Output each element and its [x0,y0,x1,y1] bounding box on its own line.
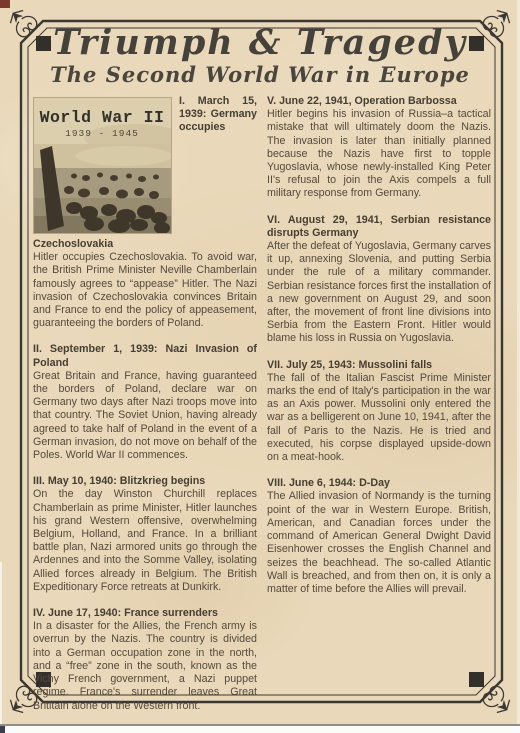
article-heading: IV. June 17, 1940: France surrenders [33,607,257,620]
article-heading: VII. July 25, 1943: Mussolini falls [267,359,491,372]
photo-title: World War II [40,108,165,127]
scan-edge-corner-mark [0,726,5,733]
article-france-surrenders: IV. June 17, 1940: France surrenders In … [33,607,257,713]
article-body: In a disaster for the Allies, the French… [33,620,257,712]
page-subtitle: The Second World War in Europe [0,63,520,86]
page-title: Triumph & Tragedy [0,24,520,62]
article-heading: II. September 1, 1939: Nazi Invasion of … [33,343,257,369]
article-body: After the defeat of Yugoslavia, Germany … [267,240,491,346]
article-blitzkrieg: III. May 10, 1940: Blitzkrieg begins On … [33,475,257,594]
scan-edge-left [0,562,2,724]
article-mussolini-falls: VII. July 25, 1943: Mussolini falls The … [267,359,491,465]
article-poland: II. September 1, 1939: Nazi Invasion of … [33,343,257,462]
scanned-document-page: Triumph & Tragedy The Second World War i… [0,0,520,733]
article-body: Hitler begins his invasion of Russia–a t… [267,108,491,200]
left-column: World War II 1939 - 1945 I. March 15, 19… [33,95,257,726]
article-columns: World War II 1939 - 1945 I. March 15, 19… [33,95,491,726]
scan-edge-bottom [0,724,520,733]
photo-years: 1939 - 1945 [65,128,139,139]
scan-edge-topleft-mark [0,0,10,8]
right-column: V. June 22, 1941, Operation Barbossa Hit… [267,95,491,726]
article-dday: VIII. June 6, 1944: D-Day The Allied inv… [267,477,491,596]
article-heading: VI. August 29, 1941, Serbian resistance … [267,214,491,240]
article-serbian-resistance: VI. August 29, 1941, Serbian resistance … [267,214,491,346]
article-body: The Allied invasion of Normandy is the t… [267,490,491,596]
article-heading: VIII. June 6, 1944: D-Day [267,477,491,490]
article-body: Great Britain and France, having guarant… [33,370,257,462]
title-block: Triumph & Tragedy The Second World War i… [0,24,520,86]
article-heading: III. May 10, 1940: Blitzkrieg begins [33,475,257,488]
article-body: On the day Winston Churchill replaces Ch… [33,488,257,594]
ww2-beach-landing-photo: World War II 1939 - 1945 [33,97,172,234]
article-body: The fall of the Italian Fascist Prime Mi… [267,372,491,464]
article-heading: V. June 22, 1941, Operation Barbossa [267,95,491,108]
article-barbossa: V. June 22, 1941, Operation Barbossa Hit… [267,95,491,201]
article-body: Hitler occupies Czechoslovakia. To avoid… [33,251,257,330]
ww2-photo-illustration: World War II 1939 - 1945 [34,98,171,233]
